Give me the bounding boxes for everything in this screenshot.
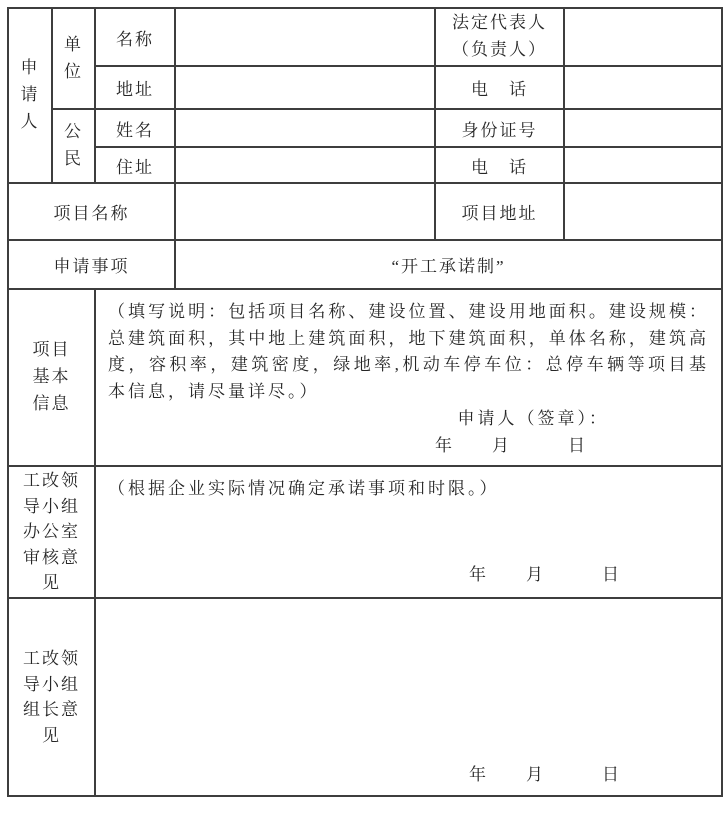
unit-phone-label: 电 话 — [435, 66, 564, 109]
row-project-info: 项目 基本 信息 （填写说明：包括项目名称、建设位置、建设用地面积。建设规模：总… — [8, 289, 722, 466]
citizen-phone-label: 电 话 — [435, 147, 564, 183]
project-info-label: 项目 基本 信息 — [8, 289, 95, 466]
leader-opinion-date-line: 年 月 日 — [108, 762, 709, 789]
application-form-table: 申 请 人 单 位 名称 法定代表人 （负责人） 地址 电 话 公 民 姓名 身… — [7, 7, 723, 797]
office-review-note: （根据企业实际情况确定承诺事项和时限。） — [108, 476, 709, 503]
project-info-date-line: 年 月 日 — [108, 433, 709, 460]
application-item-value: “开工承诺制” — [175, 240, 722, 289]
project-address-label: 项目地址 — [435, 183, 564, 240]
office-review-label: 工改领 导小组 办公室 审核意 见 — [8, 466, 95, 598]
citizen-address-label: 住址 — [95, 147, 175, 183]
id-number-label: 身份证号 — [435, 109, 564, 147]
applicant-label: 申 请 人 — [8, 8, 52, 183]
citizen-label: 公 民 — [52, 109, 95, 183]
id-number-input-cell[interactable] — [564, 109, 722, 147]
unit-name-input-cell[interactable] — [175, 8, 435, 66]
office-review-date-line: 年 月 日 — [108, 562, 709, 589]
office-review-content-cell[interactable]: （根据企业实际情况确定承诺事项和时限。） 年 月 日 — [95, 466, 722, 598]
row-citizen-name: 公 民 姓名 身份证号 — [8, 109, 722, 147]
project-name-label: 项目名称 — [8, 183, 175, 240]
row-unit-address: 地址 电 话 — [8, 66, 722, 109]
project-address-input-cell[interactable] — [564, 183, 722, 240]
form-page: 申 请 人 单 位 名称 法定代表人 （负责人） 地址 电 话 公 民 姓名 身… — [0, 0, 728, 804]
row-leader-opinion: 工改领 导小组 组长意 见 年 月 日 — [8, 598, 722, 796]
unit-address-label: 地址 — [95, 66, 175, 109]
row-project: 项目名称 项目地址 — [8, 183, 722, 240]
row-application-item: 申请事项 “开工承诺制” — [8, 240, 722, 289]
unit-phone-input-cell[interactable] — [564, 66, 722, 109]
unit-label: 单 位 — [52, 8, 95, 109]
legal-rep-input-cell[interactable] — [564, 8, 722, 66]
applicant-signature-label: 申请人（签章）： — [108, 406, 709, 433]
citizen-name-input-cell[interactable] — [175, 109, 435, 147]
leader-opinion-content-cell[interactable]: 年 月 日 — [95, 598, 722, 796]
legal-rep-label: 法定代表人 （负责人） — [435, 8, 564, 66]
row-unit-name: 申 请 人 单 位 名称 法定代表人 （负责人） — [8, 8, 722, 66]
application-item-label: 申请事项 — [8, 240, 175, 289]
project-name-input-cell[interactable] — [175, 183, 435, 240]
unit-address-input-cell[interactable] — [175, 66, 435, 109]
citizen-address-input-cell[interactable] — [175, 147, 435, 183]
row-citizen-address: 住址 电 话 — [8, 147, 722, 183]
project-info-content-cell[interactable]: （填写说明：包括项目名称、建设位置、建设用地面积。建设规模：总建筑面积，其中地上… — [95, 289, 722, 466]
citizen-phone-input-cell[interactable] — [564, 147, 722, 183]
row-office-review: 工改领 导小组 办公室 审核意 见 （根据企业实际情况确定承诺事项和时限。） 年… — [8, 466, 722, 598]
citizen-name-label: 姓名 — [95, 109, 175, 147]
project-info-note: （填写说明：包括项目名称、建设位置、建设用地面积。建设规模：总建筑面积，其中地上… — [108, 299, 709, 405]
leader-opinion-label: 工改领 导小组 组长意 见 — [8, 598, 95, 796]
unit-name-label: 名称 — [95, 8, 175, 66]
